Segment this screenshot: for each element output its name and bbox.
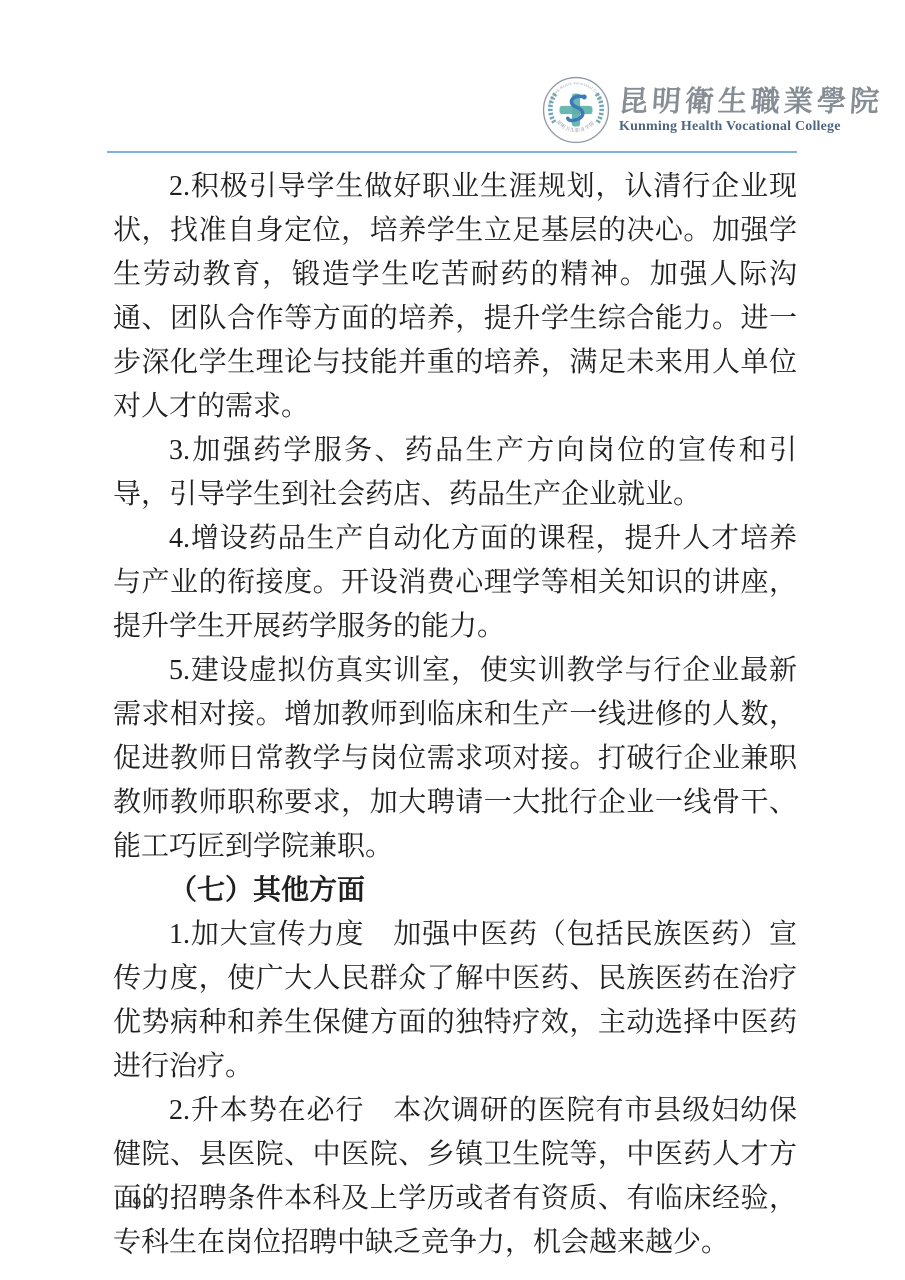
paragraph: 2.积极引导学生做好职业生涯规划，认清行企业现状，找准自身定位，培养学生立足基层… [113, 165, 797, 429]
college-logo: Kunming Health Vocational College 昆明卫生职业… [542, 76, 883, 144]
paragraph: 2.升本势在必行 本次调研的医院有市县级妇幼保健院、县医院、中医院、乡镇卫生院等… [113, 1089, 797, 1265]
document-body: 2.积极引导学生做好职业生涯规划，认清行企业现状，找准自身定位，培养学生立足基层… [113, 165, 797, 1265]
paragraph: 1.加大宣传力度 加强中医药（包括民族医药）宣传力度，使广大人民群众了解中医药、… [113, 913, 797, 1089]
document-page: Kunming Health Vocational College 昆明卫生职业… [0, 0, 905, 1280]
college-names: 昆明衛生職業學院 Kunming Health Vocational Colle… [619, 85, 883, 135]
header-divider [107, 151, 797, 153]
college-name-chinese: 昆明衛生職業學院 [618, 85, 884, 117]
paragraph: 5.建设虚拟仿真实训室，使实训教学与行企业最新需求相对接。增加教师到临床和生产一… [113, 649, 797, 869]
paragraph: 3.加强药学服务、药品生产方向岗位的宣传和引导，引导学生到社会药店、药品生产企业… [113, 429, 797, 517]
page-number: - 90 - [120, 1194, 165, 1212]
college-name-english: Kunming Health Vocational College [619, 119, 841, 135]
college-seal-icon: Kunming Health Vocational College 昆明卫生职业… [542, 76, 610, 144]
section-heading: （七）其他方面 [113, 869, 797, 913]
paragraph: 4.增设药品生产自动化方面的课程，提升人才培养与产业的衔接度。开设消费心理学等相… [113, 517, 797, 649]
